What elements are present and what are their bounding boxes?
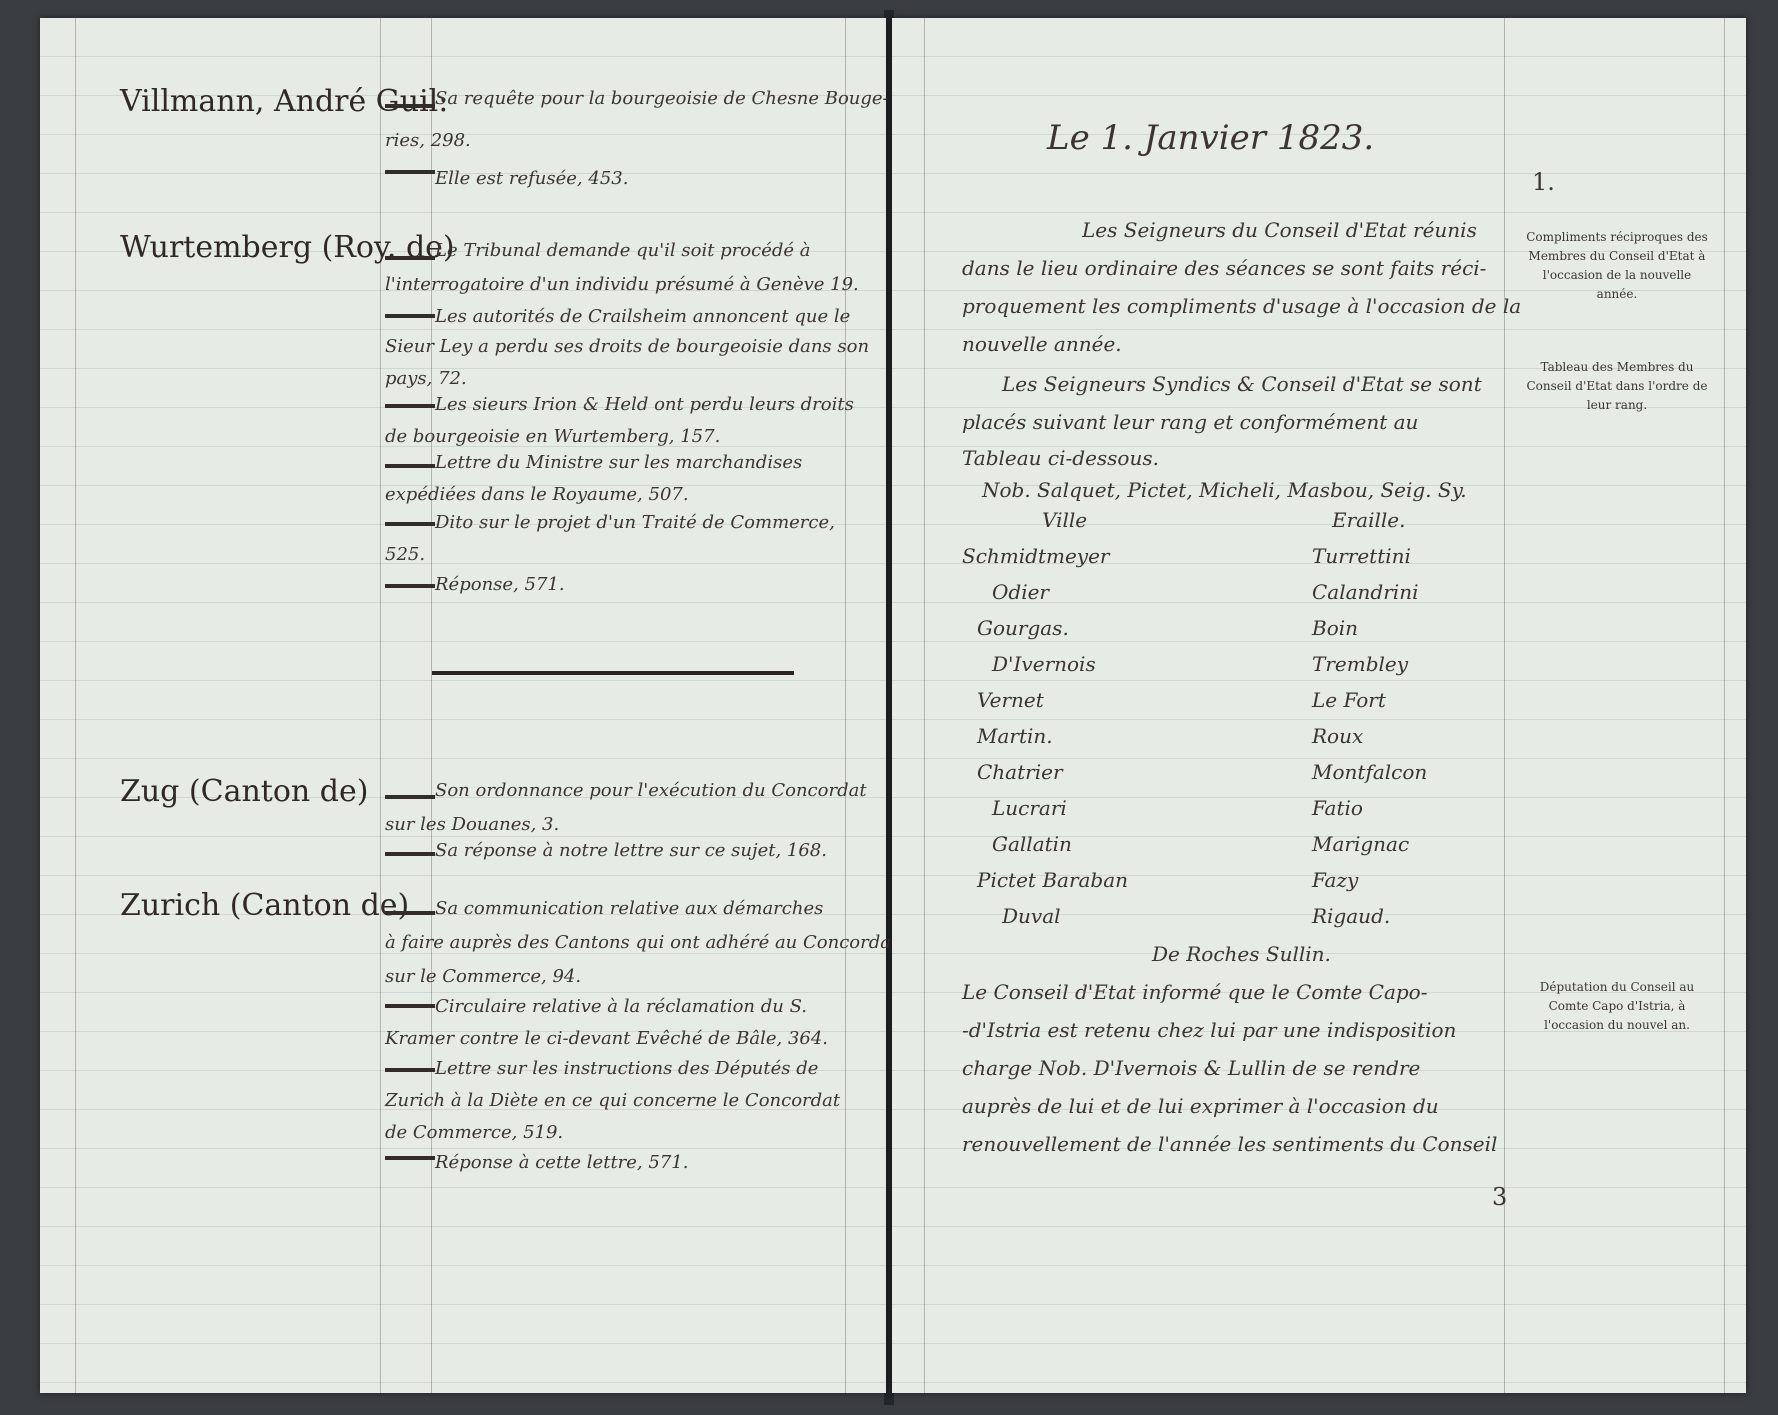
council-member: Lucrari [992,796,1067,820]
left-page-index: Villmann, André Guil: Sa requête pour la… [40,18,886,1393]
page-number: 3 [1492,1183,1507,1211]
index-heading: Villmann, André Guil: [120,84,448,119]
council-member: Rigaud. [1312,904,1390,928]
section-separator [432,671,794,675]
entry-tick [385,1068,435,1072]
entry-line: Les autorités de Crailsheim annoncent qu… [435,306,850,327]
right-page-minutes: Le 1. Janvier 1823. 1. Les Seigneurs du … [892,18,1746,1393]
entry-line: Sieur Ley a perdu ses droits de bourgeoi… [385,336,869,357]
entry-line: l'interrogatoire d'un individu présumé à… [385,274,859,295]
paragraph-line: Les Seigneurs Syndics & Conseil d'Etat s… [1002,372,1482,396]
council-member: Gallatin [992,832,1072,856]
right-rule [845,18,846,1393]
council-member: Trembley [1312,652,1408,676]
margin-rule [924,18,925,1393]
entry-line: de Commerce, 519. [385,1122,563,1143]
entry-tick [385,314,435,318]
paragraph-line: Tableau ci-dessous. [962,446,1159,470]
entry-line: Kramer contre le ci-devant Evêché de Bâl… [385,1028,828,1049]
paragraph-line: -d'Istria est retenu chez lui par une in… [962,1018,1456,1042]
entry-tick [385,795,435,799]
entry-line: de bourgeoisie en Wurtemberg, 157. [385,426,720,447]
council-member: Duval [1002,904,1061,928]
column-rule [380,18,381,1393]
entry-tick [385,1156,435,1160]
entry-line: 525. [385,544,425,565]
entry-tick [385,1004,435,1008]
paragraph-line: proquement les compliments d'usage à l'o… [962,294,1521,318]
council-member: Schmidtmeyer [962,544,1109,568]
paragraph-line: renouvellement de l'année les sentiments… [962,1132,1497,1156]
entry-line: Zurich à la Diète en ce qui concerne le … [385,1090,840,1111]
council-member: Chatrier [977,760,1063,784]
council-member: Marignac [1312,832,1409,856]
council-member: Fatio [1312,796,1363,820]
entry-line: Lettre sur les instructions des Députés … [435,1058,818,1079]
entry-line: sur le Commerce, 94. [385,966,581,987]
council-member: Boin [1312,616,1358,640]
entry-line: Réponse à cette lettre, 571. [435,1152,688,1173]
entry-tick [385,104,435,108]
margin-note: Députation du Conseil au Comte Capo d'Is… [1522,978,1712,1035]
entry-line: Le Tribunal demande qu'il soit procédé à [435,240,811,261]
council-member: Pictet Baraban [977,868,1128,892]
entry-date-title: Le 1. Janvier 1823. [1047,118,1374,158]
folio-number: 1. [1532,168,1555,196]
council-member: Ville [1042,508,1087,532]
entry-line: Dito sur le projet d'un Traité de Commer… [435,512,835,533]
entry-tick [385,852,435,856]
council-member: Roux [1312,724,1363,748]
entry-tick [385,584,435,588]
entry-line: ries, 298. [385,130,471,151]
column-rule [431,18,432,1393]
margin-note: Compliments réciproques des Membres du C… [1522,228,1712,304]
entry-tick [385,522,435,526]
council-member: Montfalcon [1312,760,1427,784]
entry-tick [385,256,435,260]
council-member: Odier [992,580,1049,604]
syndics-line: Nob. Salquet, Pictet, Micheli, Masbou, S… [982,478,1467,502]
paragraph-line: Le Conseil d'Etat informé que le Comte C… [962,980,1427,1004]
entry-line: Son ordonnance pour l'exécution du Conco… [435,780,867,801]
paragraph-line: charge Nob. D'Ivernois & Lullin de se re… [962,1056,1420,1080]
entry-line: Circulaire relative à la réclamation du … [435,996,807,1017]
entry-tick [385,911,435,915]
paragraph-line: placés suivant leur rang et conformément… [962,410,1418,434]
entry-tick [385,464,435,468]
entry-line: à faire auprès des Cantons qui ont adhér… [385,932,898,953]
entry-line: Sa réponse à notre lettre sur ce sujet, … [435,840,827,861]
council-member: Fazy [1312,868,1358,892]
closing-names: De Roches Sullin. [1152,942,1331,966]
council-member: D'Ivernois [992,652,1096,676]
index-heading: Zug (Canton de) [120,774,368,809]
index-heading: Zurich (Canton de) [120,888,409,923]
entry-line: Lettre du Ministre sur les marchandises [435,452,802,473]
entry-tick [385,170,435,174]
entry-line: Sa communication relative aux démarches [435,898,823,919]
council-member: Martin. [977,724,1053,748]
entry-line: Les sieurs Irion & Held ont perdu leurs … [435,394,854,415]
council-member: Vernet [977,688,1044,712]
paragraph-line: auprès de lui et de lui exprimer à l'occ… [962,1094,1439,1118]
entry-tick [385,404,435,408]
entry-line: expédiées dans le Royaume, 507. [385,484,689,505]
council-member: Gourgas. [977,616,1069,640]
council-member: Le Fort [1312,688,1386,712]
council-member: Eraille. [1332,508,1405,532]
paragraph-line: Les Seigneurs du Conseil d'Etat réunis [1082,218,1477,242]
entry-line: Réponse, 571. [435,574,565,595]
paragraph-line: nouvelle année. [962,332,1122,356]
council-member: Calandrini [1312,580,1418,604]
entry-line: Elle est refusée, 453. [435,168,628,189]
right-rule [1724,18,1725,1393]
entry-line: Sa requête pour la bourgeoisie de Chesne… [435,88,889,109]
margin-rule [75,18,76,1393]
paragraph-line: dans le lieu ordinaire des séances se so… [962,256,1486,280]
entry-line: pays, 72. [385,368,467,389]
council-member: Turrettini [1312,544,1411,568]
margin-note: Tableau des Membres du Conseil d'Etat da… [1522,358,1712,415]
entry-line: sur les Douanes, 3. [385,814,559,835]
